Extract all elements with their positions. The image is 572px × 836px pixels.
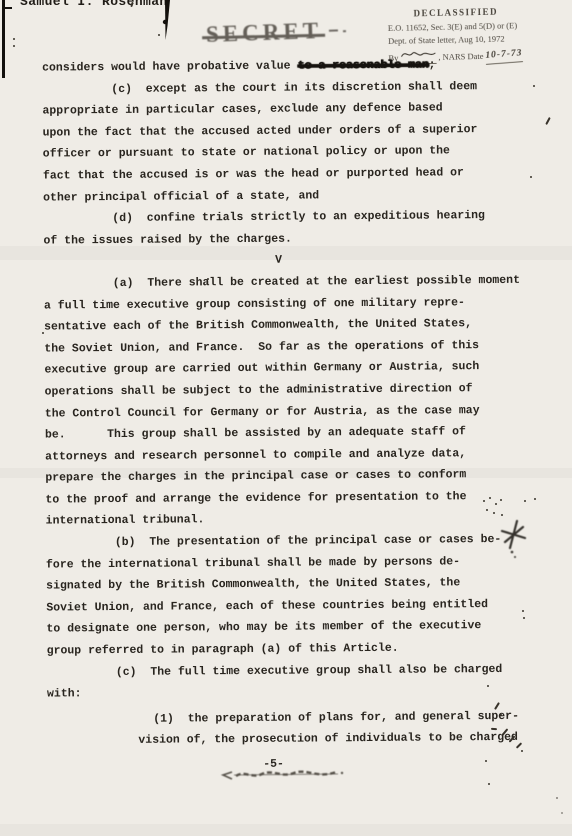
document-line: fact that the accused is or was the head… bbox=[43, 162, 495, 187]
secret-stamp-text: SECRET bbox=[206, 18, 323, 47]
ink-speck bbox=[524, 500, 526, 502]
ink-speck bbox=[343, 30, 346, 32]
document-line: with: bbox=[47, 680, 499, 705]
ink-speck bbox=[87, 412, 89, 414]
ink-speck bbox=[486, 509, 488, 511]
ink-speck bbox=[487, 685, 489, 687]
secret-stamp: SECRET bbox=[206, 18, 323, 48]
document-line: operations shall be subject to the admin… bbox=[45, 378, 497, 403]
ink-speck bbox=[556, 797, 558, 799]
document-line: considers would have probative value to … bbox=[42, 54, 494, 79]
ink-tick bbox=[491, 728, 497, 731]
ink-speck bbox=[485, 760, 487, 762]
document-line: to designate one person, who may be its … bbox=[46, 615, 498, 640]
ink-speck bbox=[42, 332, 44, 334]
ink-speck bbox=[534, 498, 536, 500]
ink-speck bbox=[495, 503, 497, 505]
document-line: be. This group shall be assisted by an a… bbox=[45, 421, 497, 446]
ink-speck bbox=[521, 750, 523, 752]
margin-line bbox=[4, 7, 12, 9]
ink-speck bbox=[489, 497, 491, 499]
margin-line bbox=[2, 0, 5, 78]
ink-speck bbox=[483, 500, 485, 502]
ink-speck bbox=[533, 85, 535, 87]
struck-text: to a reasonable man bbox=[297, 59, 428, 73]
ink-speck bbox=[530, 176, 532, 178]
document-line: (c) The full time executive group shall … bbox=[47, 659, 499, 684]
line-text: considers would have probative value bbox=[42, 60, 297, 75]
ink-speck bbox=[493, 512, 495, 514]
document-page: Samuel I. Rosenman SECRET DECLASSIFIED E… bbox=[0, 0, 572, 836]
document-body: considers would have probative value to … bbox=[42, 54, 500, 777]
ink-speck bbox=[501, 514, 503, 516]
ink-speck bbox=[207, 278, 209, 280]
document-line: (d) confine trials strictly to an expedi… bbox=[43, 205, 495, 230]
ink-speck bbox=[500, 714, 502, 716]
ink-blot bbox=[498, 517, 532, 559]
ink-speck bbox=[13, 38, 15, 40]
ink-speck bbox=[523, 617, 525, 619]
ink-speck bbox=[500, 499, 502, 501]
strikethrough-line bbox=[329, 29, 338, 31]
document-line: vision of, the prosecution of individual… bbox=[47, 727, 499, 752]
document-line: sentative each of the British Commonweal… bbox=[44, 313, 496, 338]
ink-speck bbox=[522, 610, 524, 612]
ink-speck bbox=[488, 783, 490, 785]
ink-speck bbox=[13, 45, 15, 47]
ink-tick bbox=[545, 117, 551, 125]
header-name: Samuel I. Rosenman bbox=[20, 0, 168, 9]
document-line: (a) There shall be created at the earlie… bbox=[44, 270, 496, 295]
pen-stroke-mark bbox=[150, 0, 176, 44]
ink-speck bbox=[561, 812, 563, 814]
document-line: to the proof and arrange the evidence fo… bbox=[45, 486, 497, 511]
crease-line bbox=[0, 824, 572, 836]
document-line: (b) The presentation of the principal ca… bbox=[46, 529, 498, 554]
smudge-scribble bbox=[220, 766, 346, 784]
line-text: ; bbox=[429, 58, 436, 71]
ink-speck bbox=[158, 34, 160, 36]
